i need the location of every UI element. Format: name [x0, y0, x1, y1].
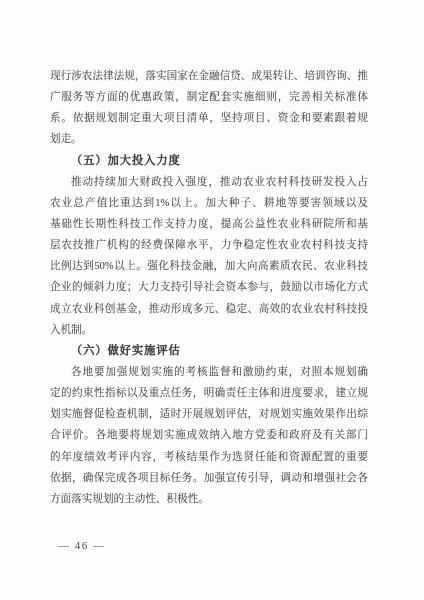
text-block: 现行涉农法律法规，落实国家在金融信贷、成果转让、培训咨询、推 广服务等方面的优惠… [50, 66, 368, 510]
text-line: 成立农业科创基金，推动形成多元、稳定、高效的农业农村科技投 [50, 299, 368, 320]
document-page: 现行涉农法律法规，落实国家在金融信贷、成果转让、培训咨询、推 广服务等方面的优惠… [0, 0, 424, 600]
text-line: 系。依据规划制定重大项目清单，坚持项目、资金和要素跟着规 [50, 108, 368, 129]
text-line: 的年度绩效考评内容，考核结果作为选贤任能和资源配置的重要 [50, 447, 368, 468]
text-line: 入机制。 [50, 320, 368, 341]
text-line: 企业的倾斜力度；大力支持引导社会资本参与，鼓励以市场化方式 [50, 277, 368, 298]
text-line: 农业总产值比重达到1%以上。加大种子、耕地等要害领域以及 [50, 193, 368, 214]
text-line: 比例达到50%以上。强化科技金融，加大向高素质农民、农业科技 [50, 256, 368, 277]
text-line: 现行涉农法律法规，落实国家在金融信贷、成果转让、培训咨询、推 [50, 66, 368, 87]
text-line: 广服务等方面的优惠政策，制定配套实施细则，完善相关标准体 [50, 87, 368, 108]
text-line: 基础性长期性科技工作支持力度，提高公益性农业科研院所和基 [50, 214, 368, 235]
text-line: 各地要加强规划实施的考核监督和激励约束，对照本规划确 [50, 362, 368, 383]
text-line: 合评价。各地要将规划实施成效纳入地方党委和政府及有关部门 [50, 425, 368, 446]
text-line: 划走。 [50, 129, 368, 150]
text-line: 依据，确保完成各项目标任务。加强宣传引导，调动和增强社会各 [50, 468, 368, 489]
section-heading-5: （五）加大投入力度 [50, 151, 368, 172]
section-heading-6: （六）做好实施评估 [50, 341, 368, 362]
text-line: 方面落实规划的主动性、积极性。 [50, 489, 368, 510]
page-number: — 46 — [58, 536, 106, 556]
text-line: 定的约束性指标以及重点任务，明确责任主体和进度要求，建立规 [50, 383, 368, 404]
text-line: 层农技推广机构的经费保障水平，力争稳定性农业农村科技支持 [50, 235, 368, 256]
text-line: 划实施督促检查机制，适时开展规划评估，对规划实施效果作出综 [50, 404, 368, 425]
text-line: 推动持续加大财政投入强度，推动农业农村科技研发投入占 [50, 172, 368, 193]
